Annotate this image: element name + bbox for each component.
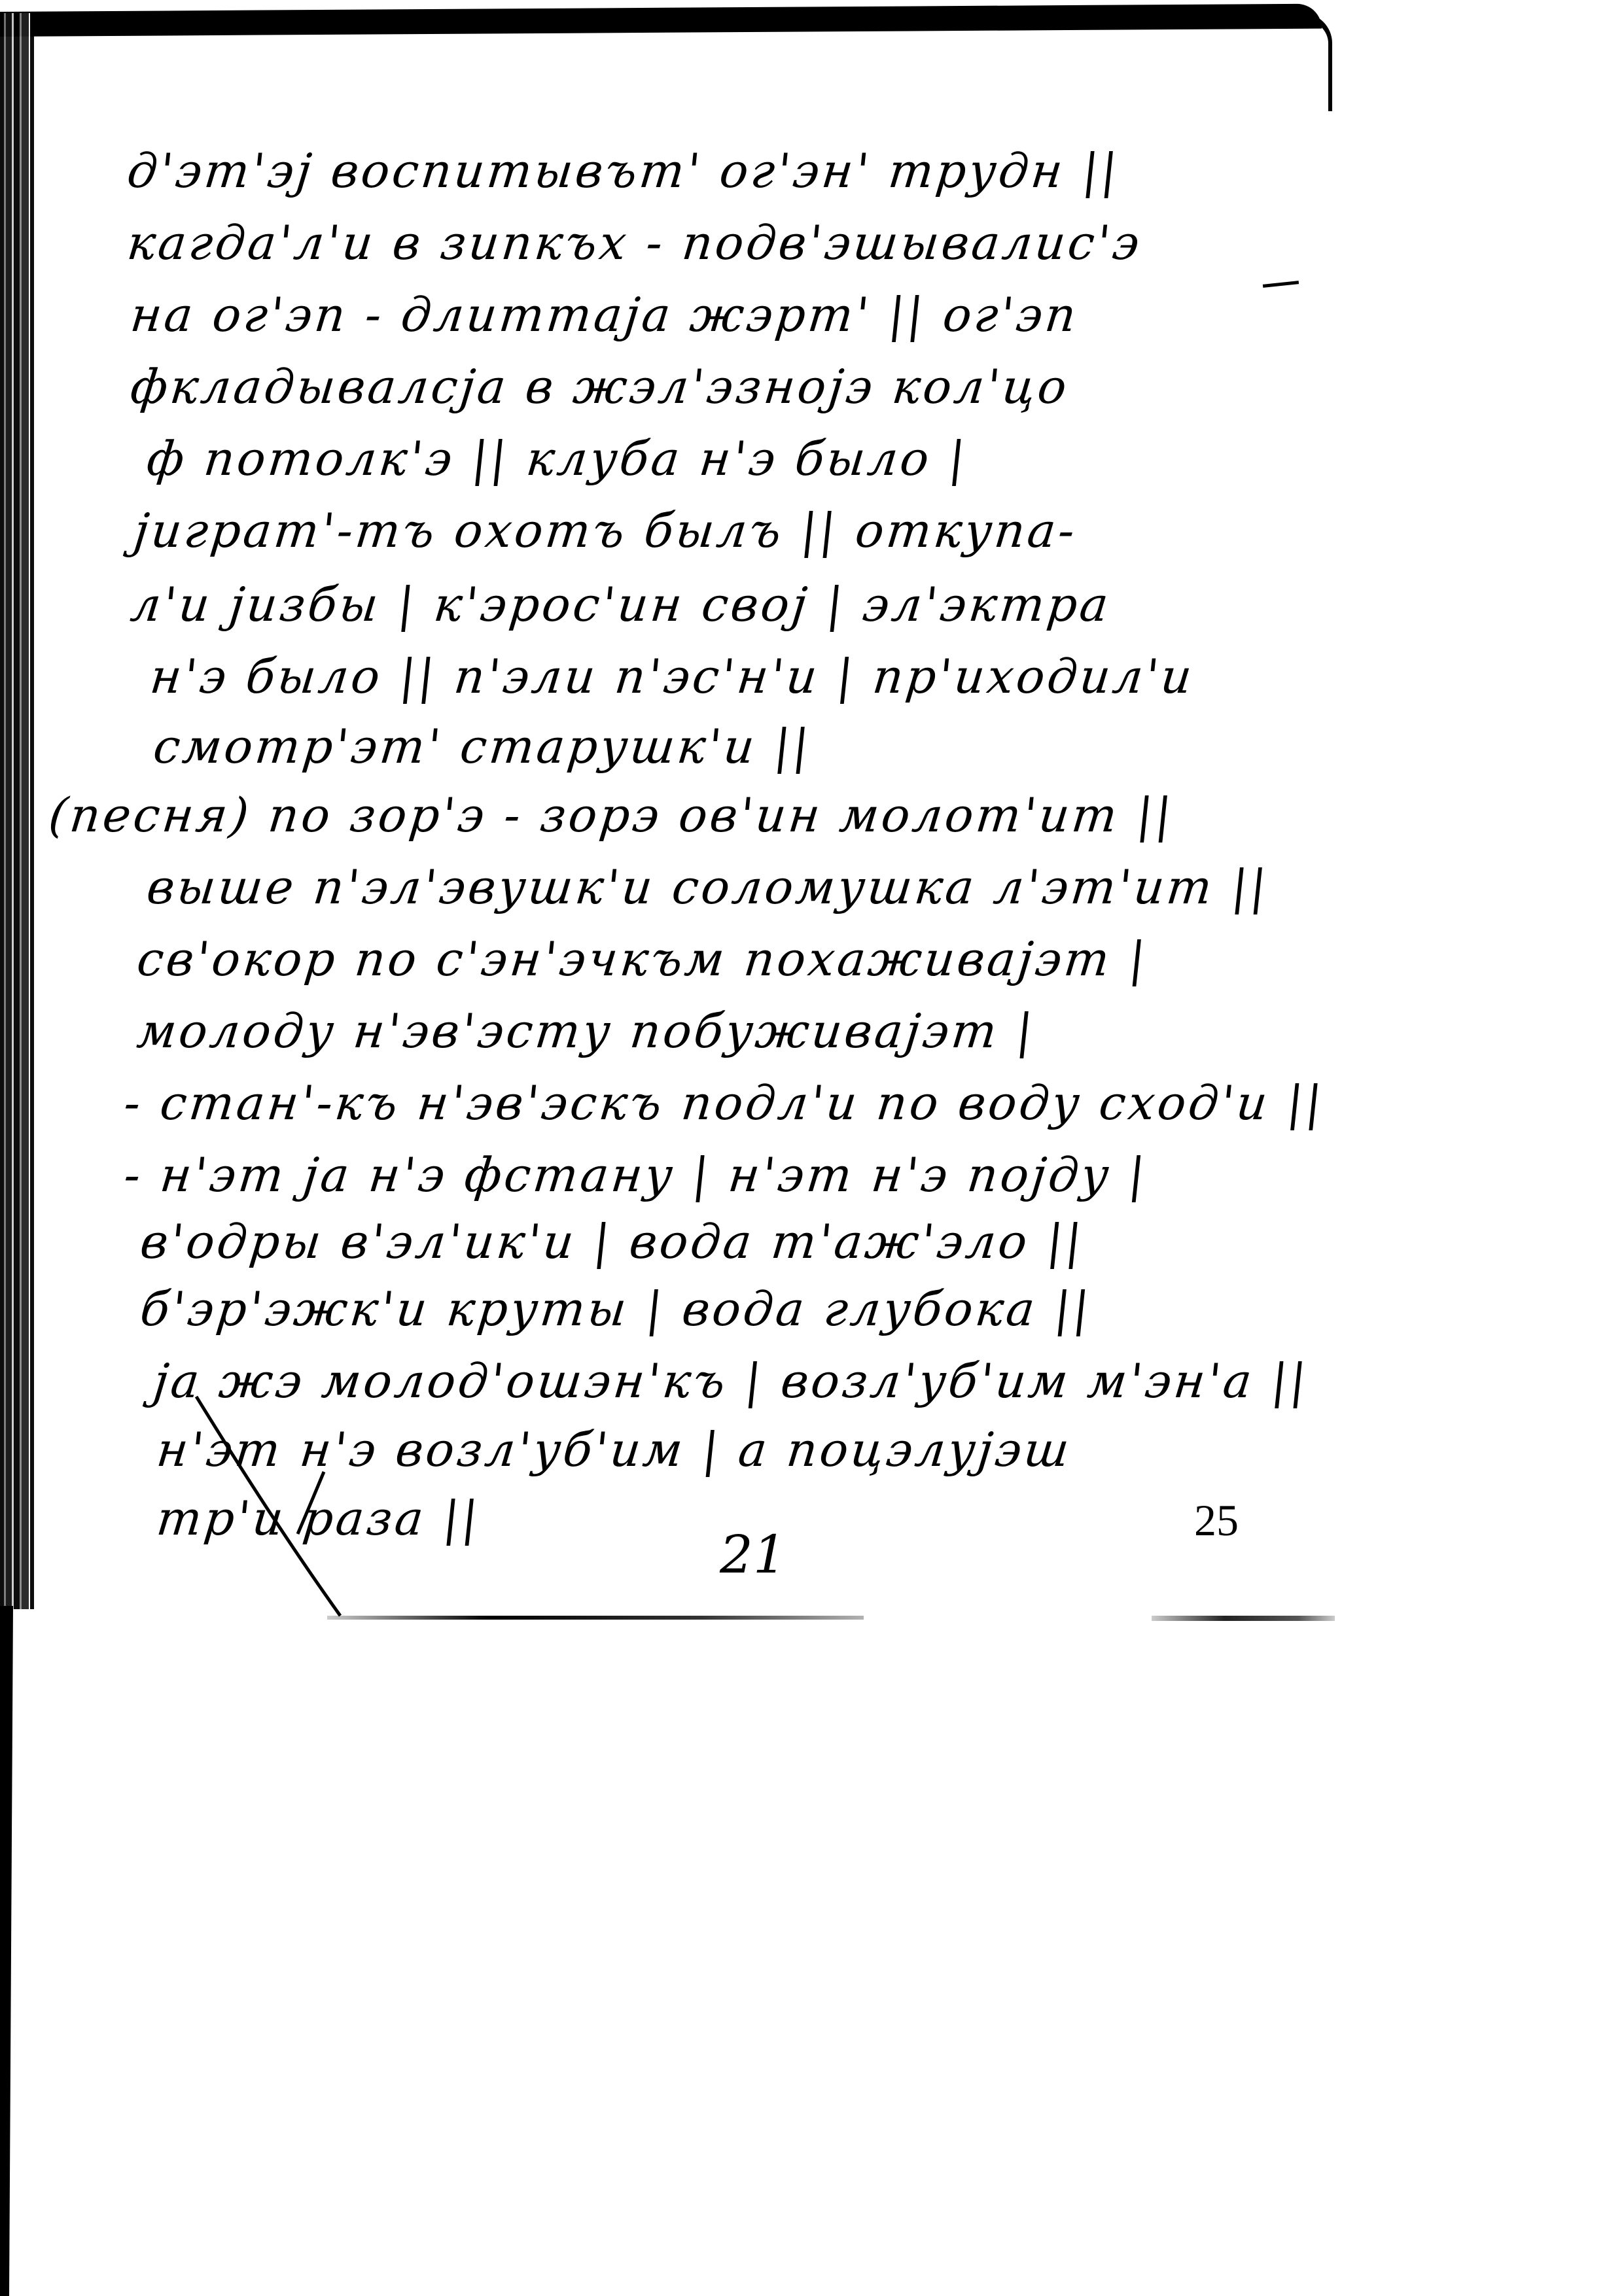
text-line: в'одры в'эл'ик'и | вода т'аж'эло ||	[138, 1218, 1086, 1265]
text-line: кагда'л'и в зипкъх - подв'эшывалис'э	[125, 219, 1144, 266]
text-line: jиграт'-тъ охотъ былъ || откупа-	[132, 507, 1079, 554]
left-binding-shadow	[0, 1606, 13, 2296]
bottom-page-edge-left	[327, 1616, 864, 1620]
text-line: на ог'эп - длиттаjа жэрт' || ог'эп	[128, 291, 1080, 338]
text-line: выше п'эл'эвушк'и соломушка л'эт'ит ||	[145, 863, 1271, 911]
top-right-page-curl	[1302, 13, 1332, 111]
top-page-edge	[0, 4, 1322, 37]
text-line: фкладывалсjа в жэл'эзноjэ кол'цо	[128, 363, 1071, 410]
scanned-page: д'эт'эj воспитывът' ог'эн' трудн || кагд…	[0, 0, 1607, 2296]
page-number-center: 21	[720, 1524, 786, 1585]
text-line: молоду н'эв'эсту побуживаjэт |	[135, 1007, 1037, 1054]
text-line: тр'и раза ||	[154, 1495, 483, 1542]
margin-dash-mark	[1263, 281, 1299, 288]
text-line: св'окор по с'эн'эчкъм похаживаjэт |	[135, 935, 1150, 983]
text-line: б'эр'эжк'и круты | вода глубока ||	[138, 1285, 1094, 1332]
text-line: смотр'эт' старушк'и ||	[151, 723, 814, 770]
song-label-line: (песня) по зор'э - зорэ ов'ин молот'ит |…	[46, 791, 1176, 839]
text-line: н'эт н'э возл'уб'им | а поцэлуjэш	[154, 1426, 1074, 1473]
text-line: ja жэ молод'ошэн'къ | возл'уб'им м'эн'а …	[151, 1357, 1311, 1404]
text-line: л'и jизбы | к'эрос'ин свој | эл'эктра	[128, 581, 1113, 628]
left-binding-strip	[0, 13, 34, 1609]
text-line: д'эт'эj воспитывът' ог'эн' трудн ||	[125, 147, 1122, 194]
text-line: ф потолк'э || клуба н'э было |	[145, 435, 970, 482]
page-number-right: 25	[1194, 1495, 1239, 1546]
text-line: - стан'-къ н'эв'эскъ подл'и по воду сход…	[122, 1079, 1326, 1126]
text-line: - н'эт ja н'э фстану | н'эт н'э поjду |	[122, 1151, 1150, 1198]
bottom-page-edge-right	[1152, 1616, 1335, 1621]
text-line: н'э было || п'эли п'эс'н'и | пр'иходил'и	[148, 653, 1196, 700]
